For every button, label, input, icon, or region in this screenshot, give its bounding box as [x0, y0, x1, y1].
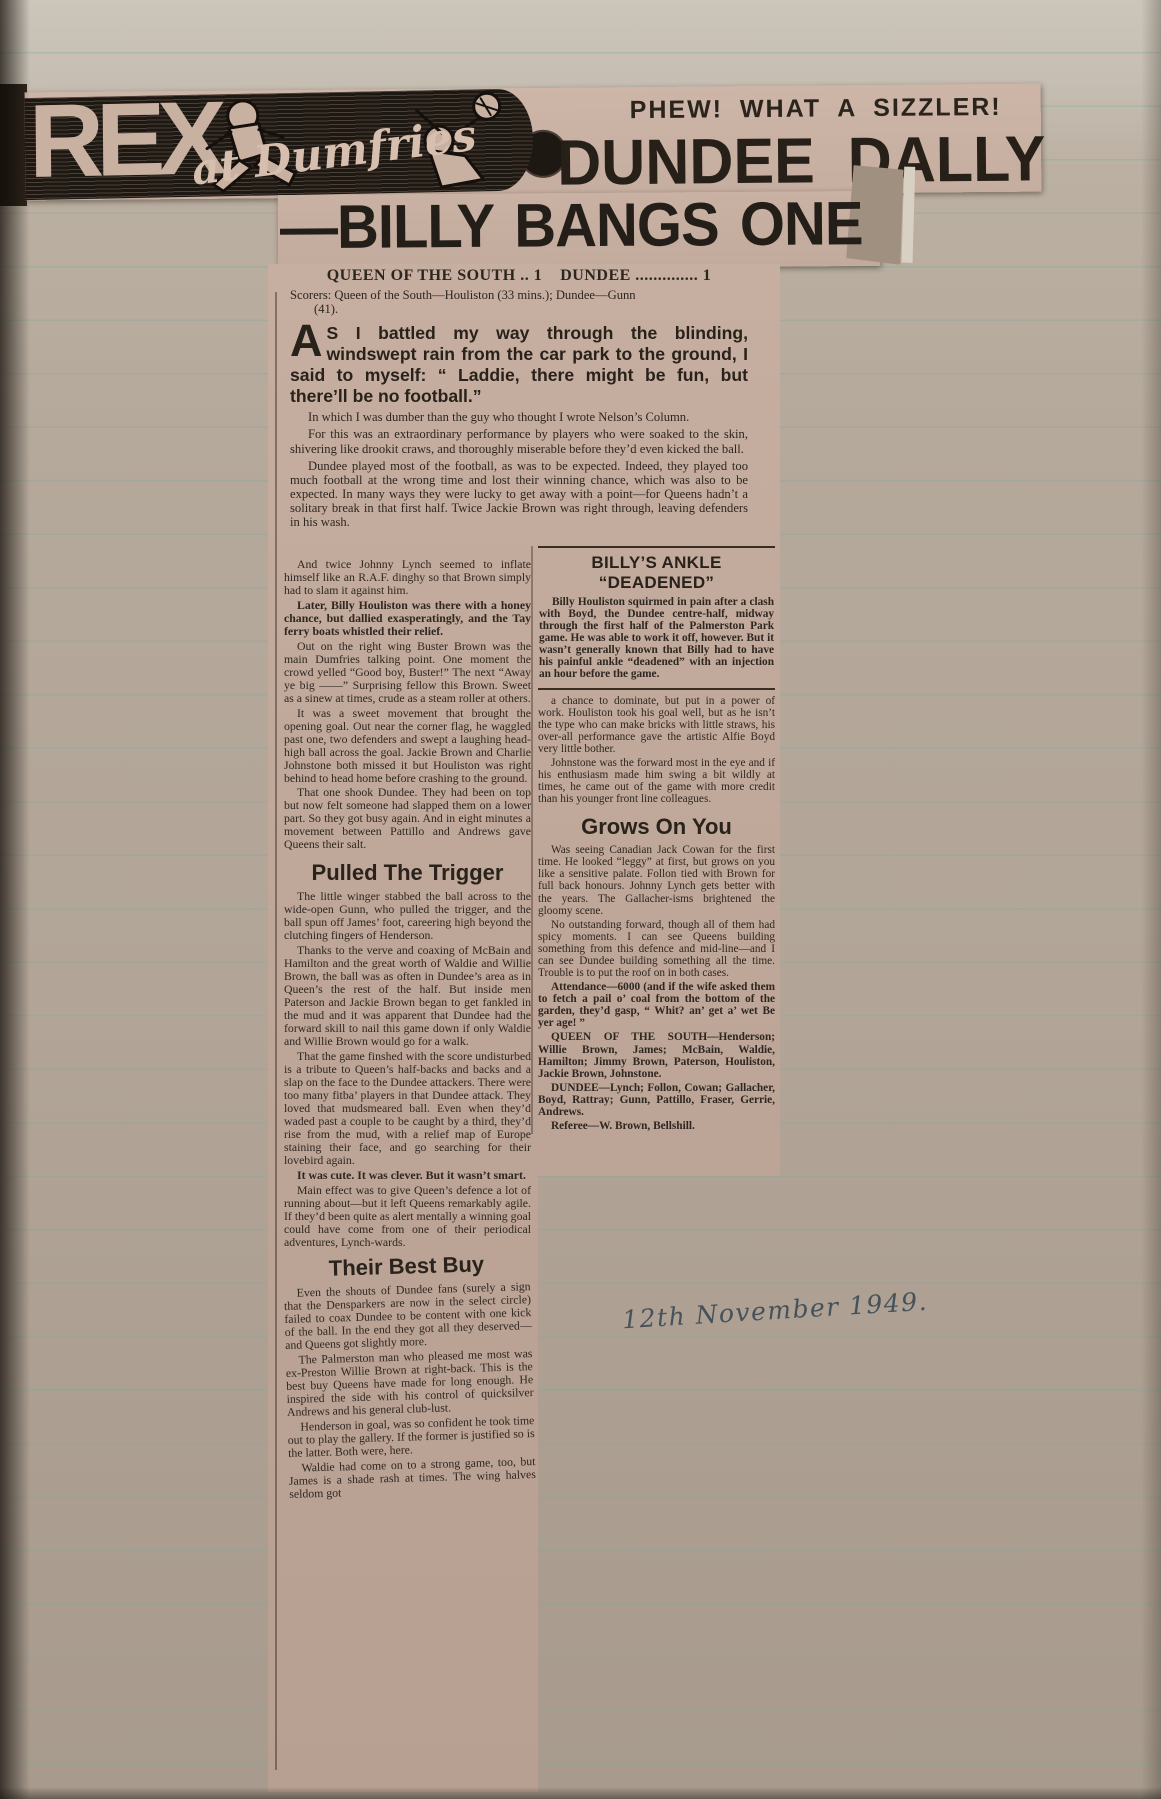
subhead-grows-on-you: Grows On You: [538, 814, 775, 840]
page-edge-shadow-bottom: [0, 1787, 1161, 1799]
headline-clipping: —BILLY BANGS ONE: [278, 191, 881, 270]
best-buy-section: Their Best Buy Even the shouts of Dundee…: [283, 1251, 537, 1501]
body-paragraph: The Palmerston man who pleased me most w…: [285, 1347, 534, 1419]
main-headline-line2: —BILLY BANGS ONE: [280, 188, 882, 263]
body-paragraph: The little winger stabbed the ball acros…: [284, 890, 531, 942]
scorers-line: Scorers: Queen of the South—Houliston (3…: [290, 288, 748, 317]
intro-paragraphs: In which I was dumber than the guy who t…: [290, 410, 748, 529]
page-edge-shadow-left: [0, 0, 30, 1799]
article-right-column: BILLY’S ANKLE “DEADENED” Billy Houliston…: [538, 546, 775, 1132]
box-headline: BILLY’S ANKLE “DEADENED”: [539, 553, 774, 593]
body-paragraph: Was seeing Canadian Jack Cowan for the f…: [538, 844, 775, 916]
body-paragraph: That one shook Dundee. They had been on …: [284, 786, 531, 851]
body-paragraph: Waldie had come on to a strong game, too…: [288, 1455, 536, 1501]
body-paragraph: That the game finshed with the score und…: [284, 1050, 531, 1167]
body-paragraph: Main effect was to give Queen’s defence …: [284, 1184, 531, 1249]
scorers-line-1: Scorers: Queen of the South—Houliston (3…: [290, 288, 748, 302]
rex-logo: REX at Dumfr: [25, 88, 534, 200]
column-rule-left: [275, 292, 277, 1770]
scrapbook-page: REX at Dumfr: [0, 0, 1161, 1799]
body-paragraph: Henderson in goal, was so confident he t…: [287, 1414, 535, 1460]
kicker-headline: PHEW! WHAT A SIZZLER!: [610, 93, 1022, 126]
billys-ankle-box: BILLY’S ANKLE “DEADENED” Billy Houliston…: [538, 546, 775, 690]
article-intro: QUEEN OF THE SOUTH .. 1 DUNDEE .........…: [290, 267, 748, 529]
body-paragraph: Dundee played most of the football, as w…: [290, 459, 748, 529]
body-paragraph: It was cute. It was clever. But it wasn’…: [284, 1169, 531, 1182]
drop-cap: A: [290, 323, 327, 359]
torn-paper-edge: [902, 167, 916, 263]
attendance-paragraph: Attendance—6000 (and if the wife asked t…: [538, 981, 775, 1029]
body-paragraph: It was a sweet movement that brought the…: [284, 707, 531, 785]
page-edge-shadow-right: [1141, 0, 1161, 1799]
body-paragraph: No outstanding forward, though all of th…: [538, 919, 775, 979]
body-paragraph: Later, Billy Houliston was there with a …: [284, 599, 531, 638]
body-paragraph: Even the shouts of Dundee fans (surely a…: [283, 1281, 532, 1353]
body-paragraph: Johnstone was the forward most in the ey…: [538, 757, 775, 805]
scorers-line-2: (41).: [290, 302, 748, 316]
body-paragraph: For this was an extraordinary performanc…: [290, 427, 748, 455]
dundee-lineup: DUNDEE—Lynch; Follon, Cowan; Gallacher, …: [538, 1082, 775, 1118]
handwritten-date: 12th November 1949.: [621, 1287, 928, 1335]
box-body-paragraph: Billy Houliston squirmed in pain after a…: [539, 596, 774, 681]
subhead-their-best-buy: Their Best Buy: [283, 1251, 531, 1284]
subhead-pulled-the-trigger: Pulled The Trigger: [284, 860, 531, 886]
queens-lineup: QUEEN OF THE SOUTH—Henderson; Willie Bro…: [538, 1031, 775, 1079]
body-paragraph: And twice Johnny Lynch seemed to inflate…: [284, 558, 531, 597]
lead-text: S I battled my way through the blinding,…: [290, 323, 748, 406]
body-paragraph: Out on the right wing Buster Brown was t…: [284, 640, 531, 705]
lead-paragraph: AS I battled my way through the blinding…: [290, 323, 748, 407]
article-left-column: And twice Johnny Lynch seemed to inflate…: [284, 556, 531, 1501]
referee-line: Referee—W. Brown, Bellshill.: [538, 1120, 775, 1132]
column-rule-middle: [531, 546, 533, 1134]
body-paragraph: Thanks to the verve and coaxing of McBai…: [284, 944, 531, 1048]
body-paragraph: In which I was dumber than the guy who t…: [290, 410, 748, 424]
scoreline: QUEEN OF THE SOUTH .. 1 DUNDEE .........…: [290, 267, 748, 285]
body-paragraph: a chance to dominate, but put in a power…: [538, 695, 775, 755]
